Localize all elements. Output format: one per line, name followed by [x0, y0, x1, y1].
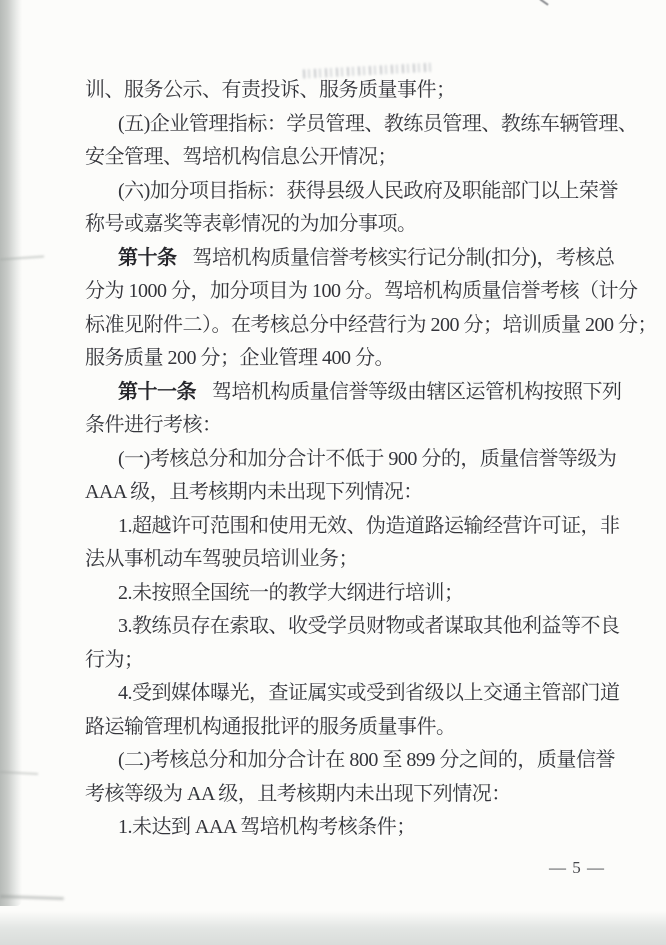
text-line: 第十一条驾培机构质量信誉等级由辖区运管机构按照下列 — [85, 376, 617, 410]
line-text: 1.未达到 AAA 驾培机构考核条件； — [118, 816, 416, 838]
text-line: 第十条驾培机构质量信誉考核实行记分制(扣分)，考核总 — [85, 242, 617, 276]
line-text: 考核等级为 AA 级，且考核期内未出现下列情况： — [85, 783, 511, 805]
article-number: 第十一条 — [118, 381, 196, 403]
line-text: (二)考核总分和加分合计在 800 至 899 分之间的，质量信誉 — [118, 749, 615, 771]
text-line: 2.未按照全国统一的教学大纲进行培训； — [85, 577, 617, 611]
text-line: (二)考核总分和加分合计在 800 至 899 分之间的，质量信誉 — [85, 744, 617, 778]
page-number: — 5 — — [549, 858, 605, 878]
text-line: 分为 1000 分，加分项目为 100 分。驾培机构质量信誉考核（计分 — [85, 275, 617, 309]
line-text: 训、服务公示、有责投诉、服务质量事件； — [85, 79, 456, 101]
line-text: (六)加分项目指标：获得县级人民政府及职能部门以上荣誉 — [118, 180, 618, 202]
text-line: 法从事机动车驾驶员培训业务； — [85, 543, 617, 577]
line-text: 驾培机构质量信誉等级由辖区运管机构按照下列 — [212, 381, 622, 403]
text-line: 4.受到媒体曝光，查证属实或受到省级以上交通主管部门道 — [85, 677, 617, 711]
line-text: AAA 级，且考核期内未出现下列情况： — [85, 481, 423, 503]
text-line: 路运输管理机构通报批评的服务质量事件。 — [85, 711, 617, 745]
text-line: 安全管理、驾培机构信息公开情况； — [85, 141, 617, 175]
text-line: 服务质量 200 分；企业管理 400 分。 — [85, 342, 617, 376]
text-line: 标准见附件二）。在考核总分中经营行为 200 分；培训质量 200 分； — [85, 309, 617, 343]
document-text: 训、服务公示、有责投诉、服务质量事件；(五)企业管理指标：学员管理、教练员管理、… — [85, 74, 617, 845]
text-line: 考核等级为 AA 级，且考核期内未出现下列情况： — [85, 778, 617, 812]
text-line: 称号或嘉奖等表彰情况的为加分事项。 — [85, 208, 617, 242]
text-line: 3.教练员存在索取、收受学员财物或者谋取其他利益等不良 — [85, 610, 617, 644]
line-text: 行为； — [85, 649, 144, 671]
line-text: 法从事机动车驾驶员培训业务； — [85, 548, 358, 570]
text-line: (一)考核总分和加分合计不低于 900 分的，质量信誉等级为 — [85, 443, 617, 477]
line-text: 标准见附件二）。在考核总分中经营行为 200 分；培训质量 200 分； — [85, 314, 657, 336]
line-text: 分为 1000 分，加分项目为 100 分。驾培机构质量信誉考核（计分 — [85, 280, 638, 302]
text-line: (六)加分项目指标：获得县级人民政府及职能部门以上荣誉 — [85, 175, 617, 209]
text-line: AAA 级，且考核期内未出现下列情况： — [85, 476, 617, 510]
line-text: (五)企业管理指标：学员管理、教练员管理、教练车辆管理、 — [118, 113, 637, 135]
scan-speck — [539, 0, 548, 6]
line-text: 称号或嘉奖等表彰情况的为加分事项。 — [85, 213, 417, 235]
scanned-document-page: 训、服务公示、有责投诉、服务质量事件；(五)企业管理指标：学员管理、教练员管理、… — [0, 0, 666, 945]
article-number: 第十条 — [118, 247, 177, 269]
line-text: 条件进行考核： — [85, 414, 222, 436]
line-text: 安全管理、驾培机构信息公开情况； — [85, 146, 397, 168]
scanner-edge-bottom — [0, 911, 666, 945]
line-text: 路运输管理机构通报批评的服务质量事件。 — [85, 716, 456, 738]
line-text: (一)考核总分和加分合计不低于 900 分的，质量信誉等级为 — [118, 448, 616, 470]
text-line: 条件进行考核： — [85, 409, 617, 443]
text-line: (五)企业管理指标：学员管理、教练员管理、教练车辆管理、 — [85, 108, 617, 142]
line-text: 1.超越许可范围和使用无效、伪造道路运输经营许可证，非 — [118, 515, 620, 537]
line-text: 2.未按照全国统一的教学大纲进行培训； — [118, 582, 464, 604]
text-line: 训、服务公示、有责投诉、服务质量事件； — [85, 74, 617, 108]
line-text: 驾培机构质量信誉考核实行记分制(扣分)，考核总 — [193, 247, 615, 269]
text-line: 1.超越许可范围和使用无效、伪造道路运输经营许可证，非 — [85, 510, 617, 544]
scanner-edge-left — [0, 0, 22, 906]
line-text: 服务质量 200 分；企业管理 400 分。 — [85, 347, 394, 369]
line-text: 4.受到媒体曝光，查证属实或受到省级以上交通主管部门道 — [118, 682, 620, 704]
text-line: 1.未达到 AAA 驾培机构考核条件； — [85, 811, 617, 845]
line-text: 3.教练员存在索取、收受学员财物或者谋取其他利益等不良 — [118, 615, 620, 637]
text-line: 行为； — [85, 644, 617, 678]
